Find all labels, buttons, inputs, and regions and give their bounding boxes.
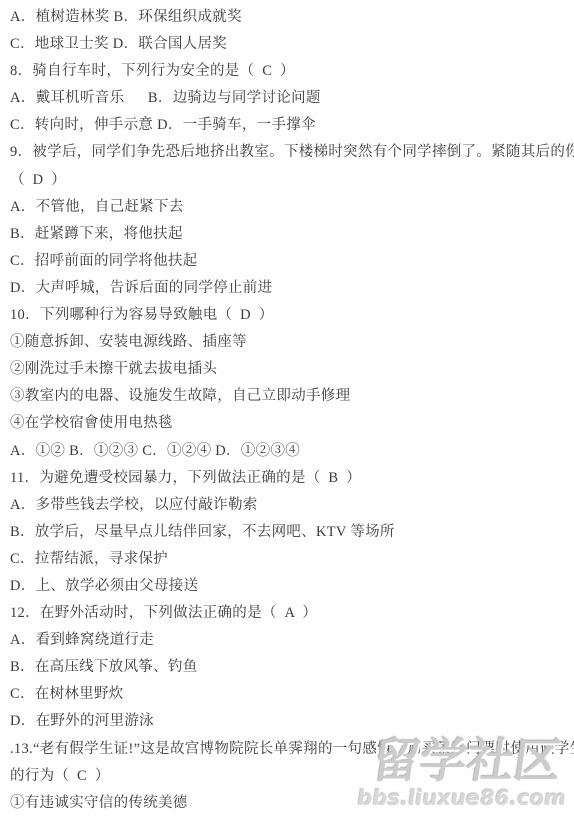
exam-text-block: A．植树造林奖 B．环保组织成就奖 C．地球卫士奖 D．联合国人居奖 8．骑自行… [10,4,572,816]
question-9-option-b: B．赶紧蹲下来，将他扶起 [10,221,572,248]
question-10-item-4: ④在学校宿會使用电热毯 [10,410,572,437]
question-13-item-1: ①有违诚实守信的传统美德 [10,790,572,816]
question-11-option-a: A．多带些钱去学校，以应付敲诈勒索 [10,492,572,519]
question-12-option-b: B．在高压线下放风筝、钓鱼 [10,654,572,681]
question-13-stem: .13.“老有假学生证!”这是故宫博物院院长单霁翔的一句感慨。购买景区门票时使用… [10,736,572,763]
question-10-item-3: ③教室内的电器、设施发生故障，自己立即动手修理 [10,383,572,410]
question-9-option-c: C．招呼前面的同学将他扶起 [10,248,572,275]
question-10-options: A．①② B．①②③ C．①②④ D．①②③④ [10,438,572,465]
question-8-options-ab: A．戴耳机听音乐 B．边骑边与同学讨论问题 [10,85,572,112]
question-9-option-d: D．大声呼城，告诉后面的同学停止前进 [10,275,572,302]
question-13-stem-continued: 的行为（ C ） [10,763,572,790]
question-12-option-c: C．在树林里野炊 [10,681,572,708]
question-11-stem: 11．为避免遭受校园暴力，下列做法正确的是（ B ） [10,465,572,492]
prev-question-options-ab: A．植树造林奖 B．环保组织成就奖 [10,4,572,31]
question-11-option-b: B．放学后，尽量早点儿结伴回家，不去网吧、KTV 等场所 [10,519,572,546]
question-9-answer-blank: （ D ） [10,167,572,194]
question-12-stem: 12．在野外活动时，下列做法正确的是（ A ） [10,600,572,627]
question-10-item-1: ①随意拆卸、安装电源线路、插座等 [10,329,572,356]
question-8-stem: 8．骑自行车时，下列行为安全的是（ C ） [10,58,572,85]
question-12-option-d: D．在野外的河里游泳 [10,708,572,735]
question-11-option-c: C．拉帮结派，寻求保护 [10,546,572,573]
question-10-stem: 10．下列哪种行为容易导致触电（ D ） [10,302,572,329]
question-11-option-d: D．上、放学必须由父母接送 [10,573,572,600]
question-8-options-cd: C．转向时，伸手示意 D．一手骑车，一手撑伞 [10,112,572,139]
exam-document-page: A．植树造林奖 B．环保组织成就奖 C．地球卫士奖 D．联合国人居奖 8．骑自行… [0,0,574,816]
question-9-option-a: A．不管他，自己赶紧下去 [10,194,572,221]
question-12-option-a: A．看到蜂窝绕道行走 [10,627,572,654]
prev-question-options-cd: C．地球卫士奖 D．联合国人居奖 [10,31,572,58]
question-9-stem: 9．被学后，同学们争先恐后地挤出教室。下楼梯时突然有个同学摔倒了。紧随其后的你应… [10,139,572,166]
question-10-item-2: ②刚洗过手未擦干就去拔电插头 [10,356,572,383]
